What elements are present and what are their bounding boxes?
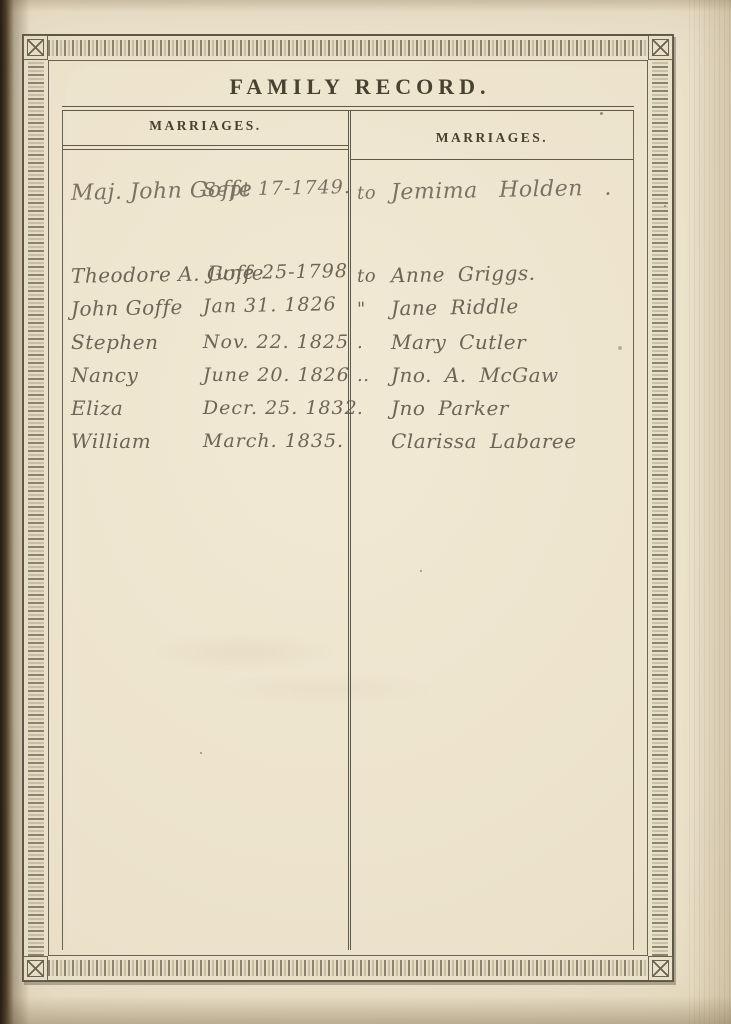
border-band-bottom (48, 955, 648, 980)
entry-name: Maj. John Goffe (71, 174, 204, 210)
corner-ornament-icon (648, 956, 673, 981)
column-right-header: MARRIAGES. (351, 111, 633, 163)
paper-speck (420, 570, 422, 572)
entry-name: Stephen (71, 326, 203, 359)
column-left: MARRIAGES. Maj. John Goffe Sept 17-1749.… (63, 111, 348, 950)
marriage-entry: " Jane Riddle (351, 288, 634, 326)
corner-ornament-icon (23, 956, 48, 981)
entry-ditto-mark (357, 425, 391, 458)
marriage-entry: to Jemima Holden . (351, 171, 634, 210)
column-left-header: MARRIAGES. (63, 111, 348, 163)
marriage-entry: Maj. John Goffe Sept 17-1749. (63, 171, 349, 210)
paper-speck (664, 205, 666, 207)
page-title: FAMILY RECORD. (62, 72, 634, 106)
entry-ditto-mark: . (357, 392, 391, 425)
marriage-entry: . Jno Parker (351, 392, 633, 425)
border-band-right (647, 60, 672, 956)
entry-name: Theodore A. Goffe (71, 257, 208, 292)
spouse-name: Jno. A. McGaw (391, 359, 559, 392)
marriage-entry: William March. 1835. (63, 425, 348, 458)
entry-date: March. 1835. (203, 425, 344, 458)
header-rule (62, 145, 349, 150)
spouse-name: Jemima Holden . (391, 172, 613, 210)
paper-speck (600, 112, 603, 115)
marriage-entry: Stephen Nov. 22. 1825 (63, 326, 348, 359)
entry-date: Sept 17-1749. (202, 171, 351, 207)
spouse-name: Anne Griggs. (391, 257, 536, 293)
record-sheet: FAMILY RECORD. MARRIAGES. Maj. John Goff… (62, 72, 634, 950)
marriage-entry: Theodore A. Goffe June 25-1798 (63, 255, 349, 293)
entry-name: John Goffe (71, 291, 203, 326)
entry-date: June 20. 1826 (203, 359, 350, 392)
entry-ditto-mark: to (357, 259, 392, 293)
spouse-name: Jno Parker (391, 392, 509, 425)
spouse-name: Jane Riddle (391, 290, 519, 325)
entry-name: Eliza (71, 392, 203, 425)
book-page-photo: FAMILY RECORD. MARRIAGES. Maj. John Goff… (0, 0, 731, 1024)
marriages-table: MARRIAGES. Maj. John Goffe Sept 17-1749.… (62, 111, 634, 950)
entry-ditto-mark: to (357, 176, 392, 210)
border-band-top (48, 36, 648, 61)
border-band-left (24, 60, 49, 956)
column-header-label: MARRIAGES. (63, 118, 348, 134)
corner-ornament-icon (23, 35, 48, 60)
page-top-shadow (0, 0, 731, 12)
entries-right: to Jemima Holden . to Anne Griggs. " Jan… (351, 163, 633, 458)
decorative-border: FAMILY RECORD. MARRIAGES. Maj. John Goff… (22, 34, 674, 982)
spouse-name: Clarissa Labaree (391, 425, 577, 458)
paper-speck (618, 346, 622, 350)
page-edge-bottom-shadow (0, 996, 731, 1024)
marriage-entry: Nancy June 20. 1826 (63, 359, 348, 392)
entry-ditto-mark: .. (357, 359, 391, 392)
entry-name: Nancy (71, 359, 203, 392)
marriage-entry: . Mary Cutler (351, 326, 633, 359)
corner-ornament-icon (648, 35, 673, 60)
marriage-entry: .. Jno. A. McGaw (351, 359, 633, 392)
entries-left: Maj. John Goffe Sept 17-1749. Theodore A… (63, 163, 348, 458)
header-rule (350, 159, 634, 160)
marriage-entry: John Goffe Jan 31. 1826 (63, 288, 349, 326)
entry-date: Jan 31. 1826 (203, 288, 337, 323)
entry-date: Decr. 25. 1832 (203, 392, 358, 425)
entry-ditto-mark: " (357, 292, 392, 326)
column-right: MARRIAGES. to Jemima Holden . to Anne Gr… (348, 111, 633, 950)
entry-date: Nov. 22. 1825 (203, 326, 349, 359)
page-edge-right (689, 0, 731, 1024)
column-header-label: MARRIAGES. (351, 130, 633, 146)
spouse-name: Mary Cutler (391, 326, 526, 359)
paper-speck (200, 752, 202, 754)
marriage-entry: to Anne Griggs. (351, 255, 634, 293)
entry-name: William (71, 425, 203, 458)
marriage-entry: Clarissa Labaree (351, 425, 633, 458)
marriage-entry: Eliza Decr. 25. 1832 (63, 392, 348, 425)
entry-ditto-mark: . (357, 326, 391, 359)
entry-date: June 25-1798 (207, 255, 348, 290)
